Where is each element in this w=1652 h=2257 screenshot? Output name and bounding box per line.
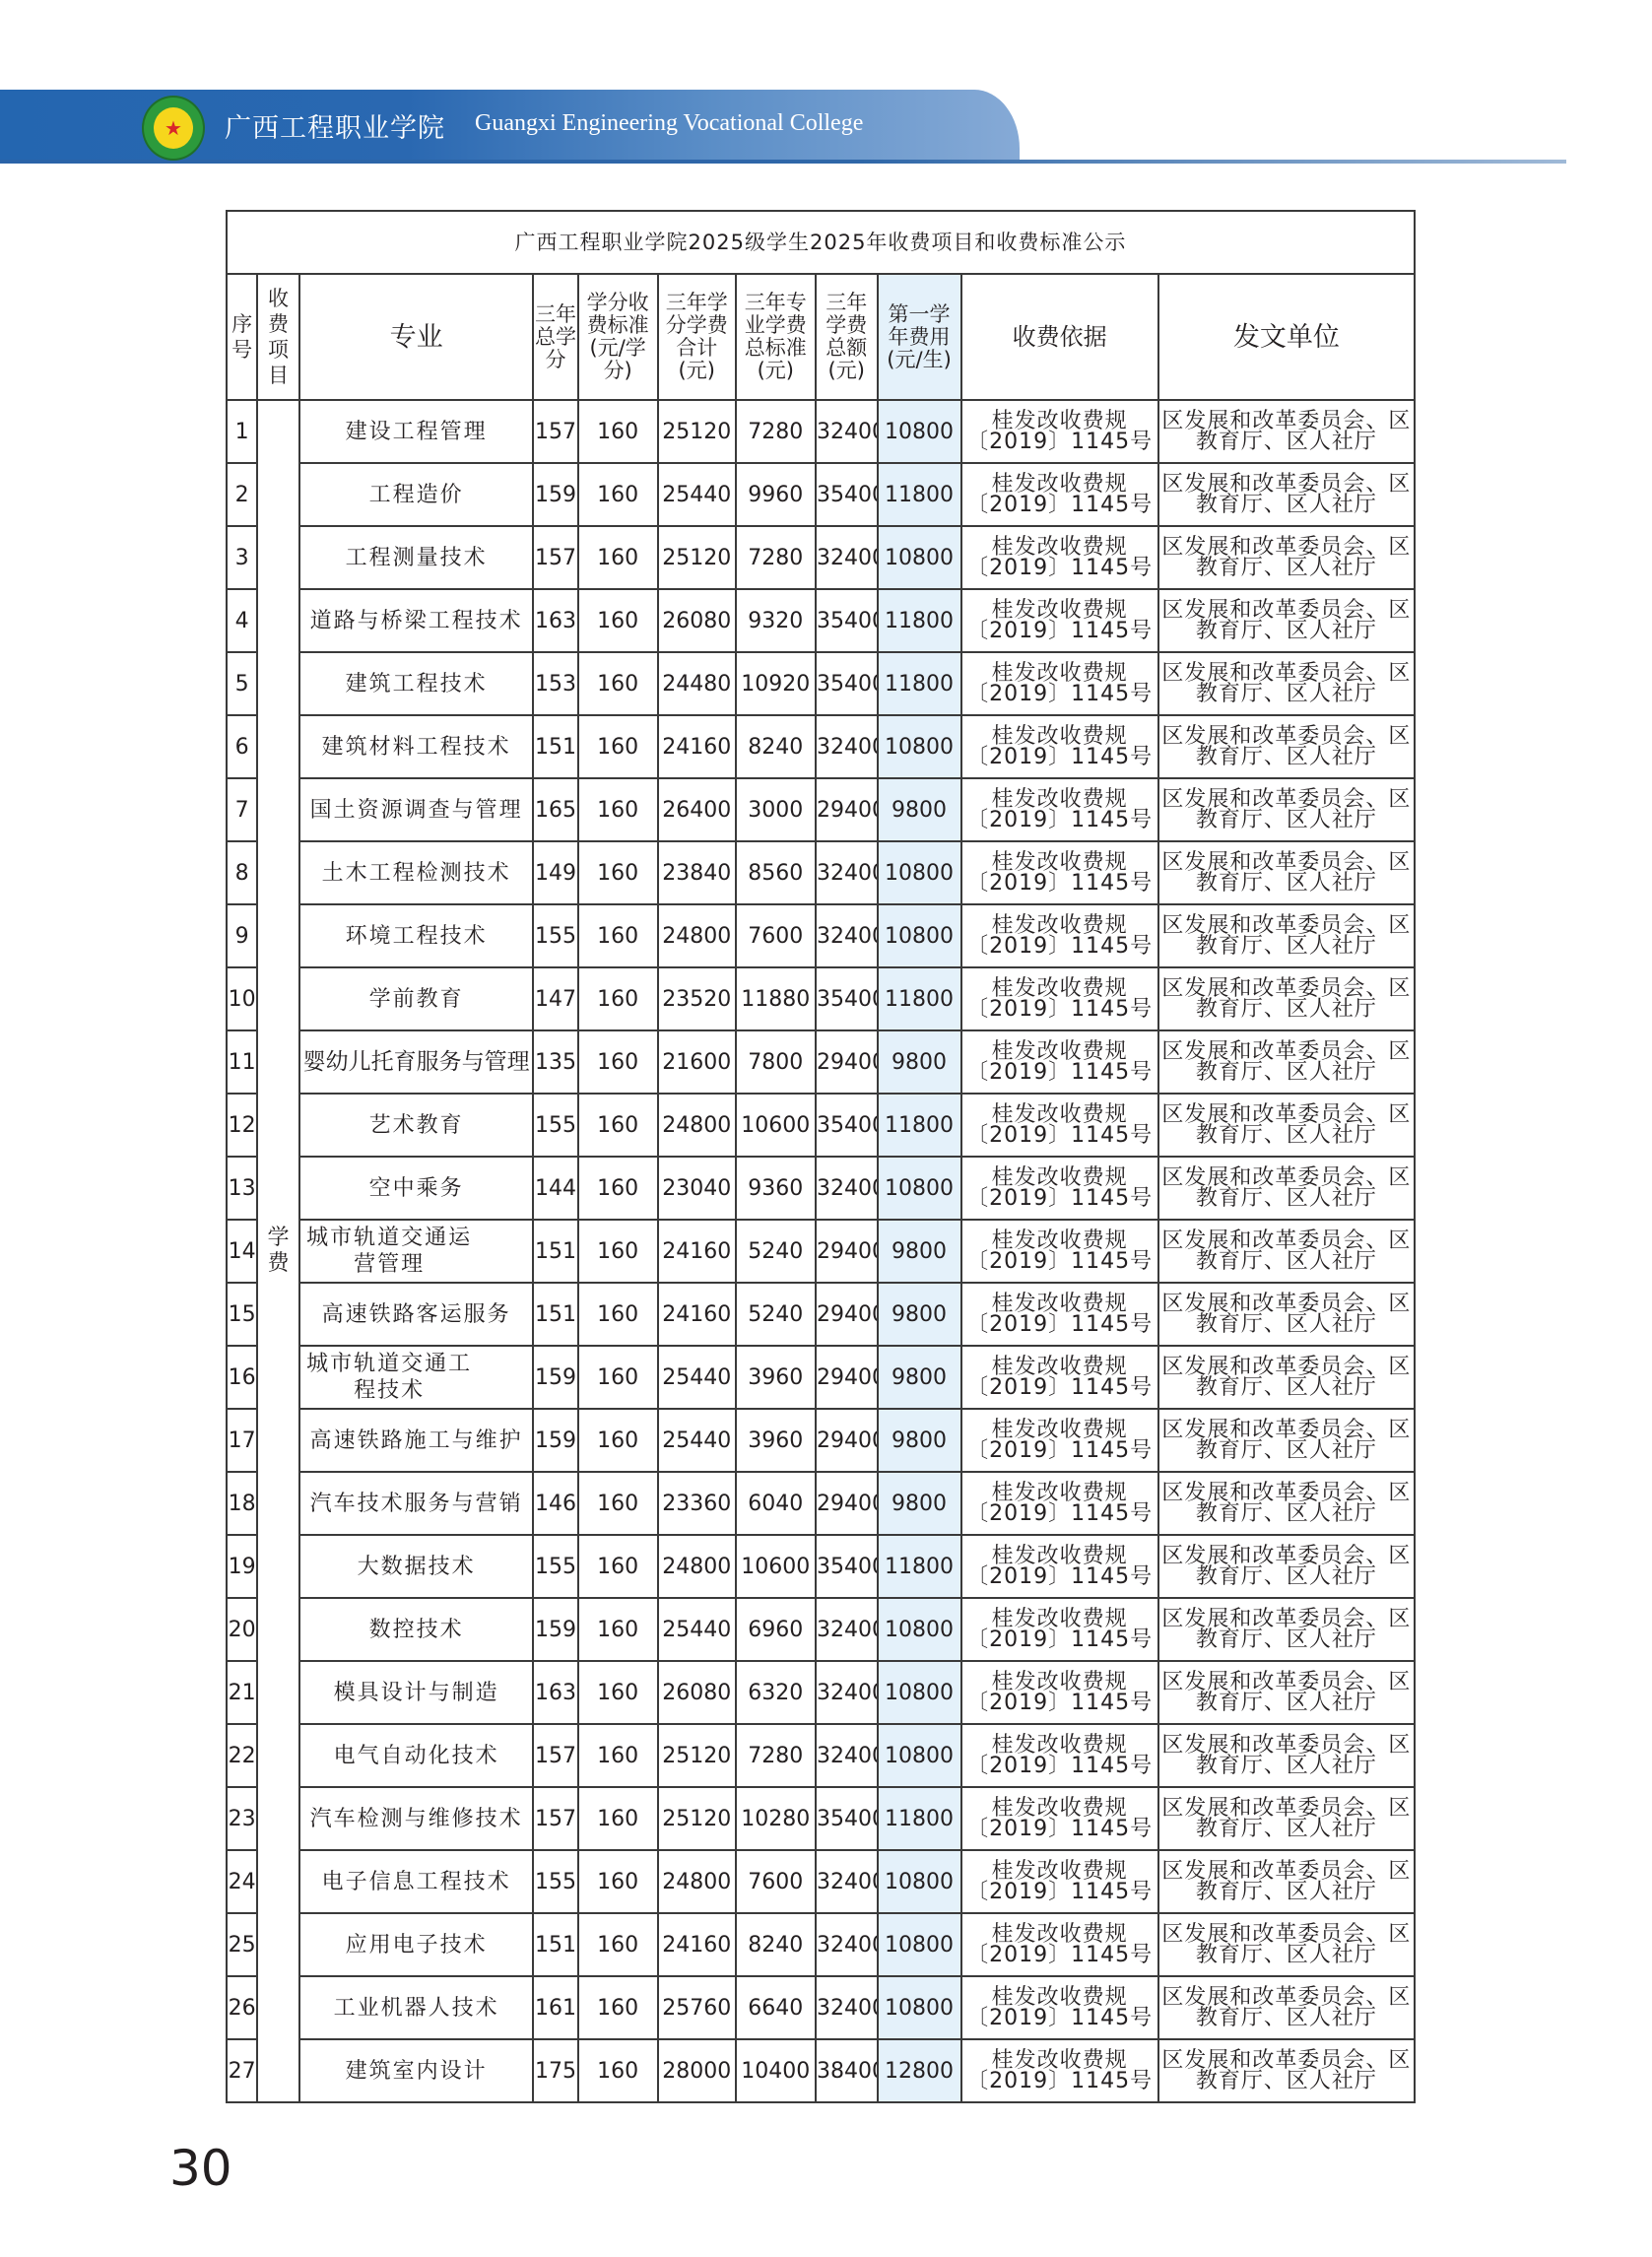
table-title: 广西工程职业学院2025级学生2025年收费项目和收费标准公示	[227, 211, 1415, 274]
school-name-cn: 广西工程职业学院	[225, 106, 445, 145]
cell-major-fee: 5240	[736, 1220, 816, 1283]
table-row: 15高速铁路客运服务151160241605240294009800桂发改收费规…	[227, 1283, 1415, 1346]
cell-major-fee: 7280	[736, 1724, 816, 1787]
cell-seq: 18	[227, 1472, 257, 1535]
table-body: 1学费建设工程管理1571602512072803240010800桂发改收费规…	[227, 400, 1415, 2102]
cell-seq: 1	[227, 400, 257, 463]
cell-credit-total: 25440	[658, 463, 736, 526]
cell-major: 电子信息工程技术	[299, 1850, 534, 1913]
cell-major-fee: 3960	[736, 1346, 816, 1409]
cell-credit-total: 24800	[658, 1094, 736, 1157]
cell-credits: 147	[533, 967, 577, 1030]
cell-credits: 153	[533, 652, 577, 715]
college-emblem-icon: ★	[142, 96, 205, 161]
cell-credits: 149	[533, 841, 577, 904]
header-total: 三年学费总额(元)	[816, 274, 878, 400]
cell-credits: 163	[533, 1661, 577, 1724]
cell-total: 35400	[816, 652, 878, 715]
cell-major: 大数据技术	[299, 1535, 534, 1598]
cell-total: 35400	[816, 589, 878, 652]
cell-seq: 21	[227, 1661, 257, 1724]
cell-major: 工程测量技术	[299, 526, 534, 589]
cell-seq: 16	[227, 1346, 257, 1409]
cell-total: 32400	[816, 1913, 878, 1976]
table-row: 16城市轨道交通工程技术159160254403960294009800桂发改收…	[227, 1346, 1415, 1409]
cell-seq: 8	[227, 841, 257, 904]
table-row: 4道路与桥梁工程技术1631602608093203540011800桂发改收费…	[227, 589, 1415, 652]
cell-major: 城市轨道交通工程技术	[299, 1346, 534, 1409]
cell-issuer: 区发展和改革委员会、区教育厅、区人社厅	[1158, 1094, 1415, 1157]
cell-credit-total: 25120	[658, 1787, 736, 1850]
cell-credit-fee: 160	[578, 1409, 658, 1472]
cell-credit-fee: 160	[578, 967, 658, 1030]
cell-major-fee: 10400	[736, 2039, 816, 2102]
cell-basis: 桂发改收费规〔2019〕1145号	[961, 841, 1158, 904]
cell-seq: 5	[227, 652, 257, 715]
cell-seq: 23	[227, 1787, 257, 1850]
cell-issuer: 区发展和改革委员会、区教育厅、区人社厅	[1158, 652, 1415, 715]
cell-total: 35400	[816, 1787, 878, 1850]
cell-major: 建筑材料工程技术	[299, 715, 534, 778]
cell-major-fee: 10280	[736, 1787, 816, 1850]
header-basis: 收费依据	[961, 274, 1158, 400]
cell-first-year: 10800	[878, 1976, 961, 2039]
cell-credit-total: 24160	[658, 1913, 736, 1976]
cell-issuer: 区发展和改革委员会、区教育厅、区人社厅	[1158, 967, 1415, 1030]
cell-major-fee: 9960	[736, 463, 816, 526]
cell-credit-fee: 160	[578, 1535, 658, 1598]
cell-major: 应用电子技术	[299, 1913, 534, 1976]
cell-credits: 155	[533, 1535, 577, 1598]
cell-seq: 14	[227, 1220, 257, 1283]
cell-major: 汽车检测与维修技术	[299, 1787, 534, 1850]
table-row: 13空中乘务1441602304093603240010800桂发改收费规〔20…	[227, 1157, 1415, 1220]
cell-seq: 11	[227, 1030, 257, 1094]
cell-first-year: 12800	[878, 2039, 961, 2102]
table-row: 9环境工程技术1551602480076003240010800桂发改收费规〔2…	[227, 904, 1415, 967]
cell-credit-total: 24480	[658, 652, 736, 715]
cell-credit-total: 24800	[658, 904, 736, 967]
cell-major: 工业机器人技术	[299, 1976, 534, 2039]
cell-basis: 桂发改收费规〔2019〕1145号	[961, 1346, 1158, 1409]
cell-seq: 12	[227, 1094, 257, 1157]
cell-total: 32400	[816, 526, 878, 589]
cell-major: 模具设计与制造	[299, 1661, 534, 1724]
cell-major-fee: 6040	[736, 1472, 816, 1535]
cell-major: 道路与桥梁工程技术	[299, 589, 534, 652]
header-credit-fee: 学分收费标准(元/学分)	[578, 274, 658, 400]
header-item: 收费项目	[257, 274, 299, 400]
cell-credit-fee: 160	[578, 2039, 658, 2102]
table-row: 10学前教育14716023520118803540011800桂发改收费规〔2…	[227, 967, 1415, 1030]
cell-total: 35400	[816, 463, 878, 526]
cell-basis: 桂发改收费规〔2019〕1145号	[961, 1283, 1158, 1346]
cell-issuer: 区发展和改革委员会、区教育厅、区人社厅	[1158, 1283, 1415, 1346]
cell-credits: 151	[533, 1220, 577, 1283]
cell-total: 32400	[816, 1976, 878, 2039]
cell-issuer: 区发展和改革委员会、区教育厅、区人社厅	[1158, 1913, 1415, 1976]
school-name-en: Guangxi Engineering Vocational College	[475, 110, 863, 137]
table-row: 7国土资源调查与管理165160264003000294009800桂发改收费规…	[227, 778, 1415, 841]
cell-major: 建筑室内设计	[299, 2039, 534, 2102]
cell-seq: 17	[227, 1409, 257, 1472]
header-major: 专业	[299, 274, 534, 400]
cell-issuer: 区发展和改革委员会、区教育厅、区人社厅	[1158, 1724, 1415, 1787]
cell-credit-fee: 160	[578, 1346, 658, 1409]
cell-credit-fee: 160	[578, 1220, 658, 1283]
cell-total: 29400	[816, 1472, 878, 1535]
cell-credit-total: 26400	[658, 778, 736, 841]
table-row: 17高速铁路施工与维护159160254403960294009800桂发改收费…	[227, 1409, 1415, 1472]
cell-major-fee: 7600	[736, 1850, 816, 1913]
table-row: 18汽车技术服务与营销146160233606040294009800桂发改收费…	[227, 1472, 1415, 1535]
cell-credits: 157	[533, 1787, 577, 1850]
cell-category: 学费	[257, 400, 299, 2102]
page-number: 30	[169, 2140, 232, 2197]
cell-major-fee: 10600	[736, 1535, 816, 1598]
cell-seq: 20	[227, 1598, 257, 1661]
cell-credits: 155	[533, 904, 577, 967]
cell-seq: 13	[227, 1157, 257, 1220]
cell-major: 国土资源调查与管理	[299, 778, 534, 841]
table-row: 11婴幼儿托育服务与管理135160216007800294009800桂发改收…	[227, 1030, 1415, 1094]
header-credit-total: 三年学分学费合计(元)	[658, 274, 736, 400]
cell-first-year: 10800	[878, 1850, 961, 1913]
cell-first-year: 11800	[878, 1535, 961, 1598]
cell-basis: 桂发改收费规〔2019〕1145号	[961, 589, 1158, 652]
cell-basis: 桂发改收费规〔2019〕1145号	[961, 1472, 1158, 1535]
cell-credits: 144	[533, 1157, 577, 1220]
cell-major: 城市轨道交通运营管理	[299, 1220, 534, 1283]
cell-credit-total: 21600	[658, 1030, 736, 1094]
table-row: 3工程测量技术1571602512072803240010800桂发改收费规〔2…	[227, 526, 1415, 589]
cell-first-year: 11800	[878, 652, 961, 715]
cell-credit-fee: 160	[578, 1283, 658, 1346]
header-first-year: 第一学年费用(元/生)	[878, 274, 961, 400]
table-row: 27建筑室内设计17516028000104003840012800桂发改收费规…	[227, 2039, 1415, 2102]
cell-first-year: 9800	[878, 1409, 961, 1472]
cell-basis: 桂发改收费规〔2019〕1145号	[961, 1220, 1158, 1283]
table-row: 26工业机器人技术1611602576066403240010800桂发改收费规…	[227, 1976, 1415, 2039]
table-row: 2工程造价1591602544099603540011800桂发改收费规〔201…	[227, 463, 1415, 526]
cell-basis: 桂发改收费规〔2019〕1145号	[961, 400, 1158, 463]
table-row: 24电子信息工程技术1551602480076003240010800桂发改收费…	[227, 1850, 1415, 1913]
cell-issuer: 区发展和改革委员会、区教育厅、区人社厅	[1158, 463, 1415, 526]
cell-major-fee: 8240	[736, 1913, 816, 1976]
cell-major: 环境工程技术	[299, 904, 534, 967]
cell-seq: 6	[227, 715, 257, 778]
cell-issuer: 区发展和改革委员会、区教育厅、区人社厅	[1158, 400, 1415, 463]
table-row: 21模具设计与制造1631602608063203240010800桂发改收费规…	[227, 1661, 1415, 1724]
header-major-fee: 三年专业学费总标准(元)	[736, 274, 816, 400]
cell-basis: 桂发改收费规〔2019〕1145号	[961, 1724, 1158, 1787]
cell-credits: 151	[533, 1283, 577, 1346]
cell-major: 高速铁路客运服务	[299, 1283, 534, 1346]
cell-first-year: 10800	[878, 841, 961, 904]
cell-seq: 9	[227, 904, 257, 967]
cell-issuer: 区发展和改革委员会、区教育厅、区人社厅	[1158, 1598, 1415, 1661]
cell-credit-fee: 160	[578, 463, 658, 526]
cell-total: 29400	[816, 1220, 878, 1283]
cell-total: 29400	[816, 778, 878, 841]
cell-total: 32400	[816, 400, 878, 463]
cell-total: 29400	[816, 1346, 878, 1409]
cell-seq: 25	[227, 1913, 257, 1976]
cell-credits: 165	[533, 778, 577, 841]
cell-credits: 151	[533, 715, 577, 778]
cell-major-fee: 9360	[736, 1157, 816, 1220]
cell-first-year: 11800	[878, 463, 961, 526]
table-header-row: 序号 收费项目 专业 三年总学分 学分收费标准(元/学分) 三年学分学费合计(元…	[227, 274, 1415, 400]
cell-credit-total: 25120	[658, 526, 736, 589]
cell-credit-total: 25760	[658, 1976, 736, 2039]
cell-basis: 桂发改收费规〔2019〕1145号	[961, 1661, 1158, 1724]
cell-major: 建设工程管理	[299, 400, 534, 463]
cell-major: 汽车技术服务与营销	[299, 1472, 534, 1535]
header-issuer: 发文单位	[1158, 274, 1415, 400]
table-row: 14城市轨道交通运营管理151160241605240294009800桂发改收…	[227, 1220, 1415, 1283]
cell-first-year: 9800	[878, 1030, 961, 1094]
cell-credits: 157	[533, 400, 577, 463]
cell-issuer: 区发展和改革委员会、区教育厅、区人社厅	[1158, 1976, 1415, 2039]
cell-basis: 桂发改收费规〔2019〕1145号	[961, 715, 1158, 778]
table-row: 22电气自动化技术1571602512072803240010800桂发改收费规…	[227, 1724, 1415, 1787]
cell-basis: 桂发改收费规〔2019〕1145号	[961, 1157, 1158, 1220]
cell-seq: 7	[227, 778, 257, 841]
cell-issuer: 区发展和改革委员会、区教育厅、区人社厅	[1158, 1220, 1415, 1283]
cell-first-year: 10800	[878, 1157, 961, 1220]
cell-credits: 157	[533, 526, 577, 589]
cell-issuer: 区发展和改革委员会、区教育厅、区人社厅	[1158, 1787, 1415, 1850]
cell-credits: 146	[533, 1472, 577, 1535]
cell-major-fee: 7280	[736, 400, 816, 463]
table-row: 19大数据技术15516024800106003540011800桂发改收费规〔…	[227, 1535, 1415, 1598]
cell-credit-total: 26080	[658, 1661, 736, 1724]
cell-credit-fee: 160	[578, 1472, 658, 1535]
cell-credit-fee: 160	[578, 1913, 658, 1976]
cell-credit-total: 25440	[658, 1409, 736, 1472]
cell-credit-total: 23360	[658, 1472, 736, 1535]
cell-seq: 15	[227, 1283, 257, 1346]
cell-credit-total: 23520	[658, 967, 736, 1030]
cell-major-fee: 10600	[736, 1094, 816, 1157]
cell-basis: 桂发改收费规〔2019〕1145号	[961, 1976, 1158, 2039]
cell-credit-fee: 160	[578, 652, 658, 715]
cell-basis: 桂发改收费规〔2019〕1145号	[961, 967, 1158, 1030]
cell-seq: 3	[227, 526, 257, 589]
cell-first-year: 9800	[878, 1472, 961, 1535]
cell-credit-total: 25120	[658, 1724, 736, 1787]
cell-major-fee: 5240	[736, 1283, 816, 1346]
cell-major: 高速铁路施工与维护	[299, 1409, 534, 1472]
cell-first-year: 9800	[878, 778, 961, 841]
cell-issuer: 区发展和改革委员会、区教育厅、区人社厅	[1158, 1850, 1415, 1913]
cell-basis: 桂发改收费规〔2019〕1145号	[961, 778, 1158, 841]
cell-seq: 4	[227, 589, 257, 652]
cell-credit-fee: 160	[578, 1724, 658, 1787]
cell-seq: 22	[227, 1724, 257, 1787]
cell-major: 数控技术	[299, 1598, 534, 1661]
cell-major-fee: 8240	[736, 715, 816, 778]
cell-major: 工程造价	[299, 463, 534, 526]
header-divider	[0, 160, 1566, 164]
cell-first-year: 10800	[878, 715, 961, 778]
cell-issuer: 区发展和改革委员会、区教育厅、区人社厅	[1158, 1535, 1415, 1598]
cell-credit-total: 23840	[658, 841, 736, 904]
cell-major-fee: 7800	[736, 1030, 816, 1094]
cell-seq: 10	[227, 967, 257, 1030]
cell-total: 32400	[816, 1850, 878, 1913]
cell-credit-fee: 160	[578, 1661, 658, 1724]
cell-credit-total: 23040	[658, 1157, 736, 1220]
cell-credit-fee: 160	[578, 1030, 658, 1094]
cell-basis: 桂发改收费规〔2019〕1145号	[961, 1850, 1158, 1913]
table-row: 6建筑材料工程技术1511602416082403240010800桂发改收费规…	[227, 715, 1415, 778]
cell-credit-total: 24160	[658, 715, 736, 778]
cell-first-year: 9800	[878, 1346, 961, 1409]
header-seq: 序号	[227, 274, 257, 400]
cell-seq: 26	[227, 1976, 257, 2039]
table-row: 20数控技术1591602544069603240010800桂发改收费规〔20…	[227, 1598, 1415, 1661]
cell-credit-fee: 160	[578, 1787, 658, 1850]
cell-credits: 159	[533, 463, 577, 526]
cell-basis: 桂发改收费规〔2019〕1145号	[961, 463, 1158, 526]
cell-first-year: 11800	[878, 589, 961, 652]
cell-credits: 163	[533, 589, 577, 652]
cell-credit-fee: 160	[578, 1094, 658, 1157]
cell-major: 电气自动化技术	[299, 1724, 534, 1787]
header-credits: 三年总学分	[533, 274, 577, 400]
fee-table: 广西工程职业学院2025级学生2025年收费项目和收费标准公示 序号 收费项目 …	[226, 210, 1416, 2103]
cell-major-fee: 6640	[736, 1976, 816, 2039]
cell-issuer: 区发展和改革委员会、区教育厅、区人社厅	[1158, 1472, 1415, 1535]
cell-first-year: 10800	[878, 1913, 961, 1976]
cell-basis: 桂发改收费规〔2019〕1145号	[961, 904, 1158, 967]
cell-basis: 桂发改收费规〔2019〕1145号	[961, 526, 1158, 589]
cell-major: 土木工程检测技术	[299, 841, 534, 904]
cell-major: 空中乘务	[299, 1157, 534, 1220]
cell-credits: 155	[533, 1850, 577, 1913]
table-row: 23汽车检测与维修技术15716025120102803540011800桂发改…	[227, 1787, 1415, 1850]
cell-first-year: 9800	[878, 1283, 961, 1346]
cell-credits: 159	[533, 1346, 577, 1409]
cell-credit-fee: 160	[578, 1157, 658, 1220]
cell-major: 艺术教育	[299, 1094, 534, 1157]
cell-credit-total: 24800	[658, 1850, 736, 1913]
cell-seq: 27	[227, 2039, 257, 2102]
emblem-star-icon: ★	[154, 107, 193, 149]
cell-total: 32400	[816, 1598, 878, 1661]
cell-credits: 159	[533, 1409, 577, 1472]
cell-credits: 155	[533, 1094, 577, 1157]
table-row: 12艺术教育15516024800106003540011800桂发改收费规〔2…	[227, 1094, 1415, 1157]
cell-credit-total: 24800	[658, 1535, 736, 1598]
cell-total: 32400	[816, 715, 878, 778]
cell-first-year: 10800	[878, 904, 961, 967]
cell-total: 29400	[816, 1409, 878, 1472]
cell-major-fee: 7600	[736, 904, 816, 967]
cell-major: 学前教育	[299, 967, 534, 1030]
cell-issuer: 区发展和改革委员会、区教育厅、区人社厅	[1158, 1346, 1415, 1409]
cell-credits: 157	[533, 1724, 577, 1787]
cell-basis: 桂发改收费规〔2019〕1145号	[961, 1787, 1158, 1850]
cell-major-fee: 7280	[736, 526, 816, 589]
cell-total: 35400	[816, 1094, 878, 1157]
cell-issuer: 区发展和改革委员会、区教育厅、区人社厅	[1158, 778, 1415, 841]
cell-major-fee: 3000	[736, 778, 816, 841]
cell-issuer: 区发展和改革委员会、区教育厅、区人社厅	[1158, 1157, 1415, 1220]
cell-basis: 桂发改收费规〔2019〕1145号	[961, 1094, 1158, 1157]
cell-major: 婴幼儿托育服务与管理	[299, 1030, 534, 1094]
cell-first-year: 10800	[878, 1724, 961, 1787]
cell-seq: 2	[227, 463, 257, 526]
cell-credit-total: 28000	[658, 2039, 736, 2102]
cell-basis: 桂发改收费规〔2019〕1145号	[961, 2039, 1158, 2102]
cell-issuer: 区发展和改革委员会、区教育厅、区人社厅	[1158, 1030, 1415, 1094]
cell-first-year: 11800	[878, 1094, 961, 1157]
cell-first-year: 11800	[878, 967, 961, 1030]
cell-credit-total: 24160	[658, 1283, 736, 1346]
cell-issuer: 区发展和改革委员会、区教育厅、区人社厅	[1158, 1409, 1415, 1472]
cell-total: 35400	[816, 967, 878, 1030]
cell-issuer: 区发展和改革委员会、区教育厅、区人社厅	[1158, 2039, 1415, 2102]
cell-major: 建筑工程技术	[299, 652, 534, 715]
cell-credit-total: 25120	[658, 400, 736, 463]
cell-issuer: 区发展和改革委员会、区教育厅、区人社厅	[1158, 1661, 1415, 1724]
cell-credits: 161	[533, 1976, 577, 2039]
cell-issuer: 区发展和改革委员会、区教育厅、区人社厅	[1158, 841, 1415, 904]
cell-credit-fee: 160	[578, 526, 658, 589]
cell-issuer: 区发展和改革委员会、区教育厅、区人社厅	[1158, 715, 1415, 778]
cell-basis: 桂发改收费规〔2019〕1145号	[961, 652, 1158, 715]
cell-credit-total: 26080	[658, 589, 736, 652]
cell-basis: 桂发改收费规〔2019〕1145号	[961, 1913, 1158, 1976]
cell-basis: 桂发改收费规〔2019〕1145号	[961, 1535, 1158, 1598]
cell-major-fee: 9320	[736, 589, 816, 652]
cell-basis: 桂发改收费规〔2019〕1145号	[961, 1598, 1158, 1661]
cell-major-fee: 10920	[736, 652, 816, 715]
cell-credits: 151	[533, 1913, 577, 1976]
cell-credit-fee: 160	[578, 1850, 658, 1913]
cell-total: 32400	[816, 904, 878, 967]
cell-total: 29400	[816, 1283, 878, 1346]
cell-credit-fee: 160	[578, 904, 658, 967]
cell-issuer: 区发展和改革委员会、区教育厅、区人社厅	[1158, 526, 1415, 589]
cell-first-year: 10800	[878, 526, 961, 589]
cell-credit-fee: 160	[578, 1976, 658, 2039]
table-row: 5建筑工程技术15316024480109203540011800桂发改收费规〔…	[227, 652, 1415, 715]
cell-credit-fee: 160	[578, 715, 658, 778]
cell-total: 38400	[816, 2039, 878, 2102]
cell-total: 29400	[816, 1030, 878, 1094]
cell-basis: 桂发改收费规〔2019〕1145号	[961, 1030, 1158, 1094]
cell-total: 32400	[816, 841, 878, 904]
cell-credit-fee: 160	[578, 841, 658, 904]
cell-credit-fee: 160	[578, 589, 658, 652]
table-row: 8土木工程检测技术1491602384085603240010800桂发改收费规…	[227, 841, 1415, 904]
cell-first-year: 10800	[878, 1598, 961, 1661]
cell-total: 32400	[816, 1724, 878, 1787]
cell-credit-total: 25440	[658, 1346, 736, 1409]
cell-first-year: 11800	[878, 1787, 961, 1850]
cell-major-fee: 6320	[736, 1661, 816, 1724]
cell-credit-fee: 160	[578, 400, 658, 463]
cell-total: 32400	[816, 1661, 878, 1724]
cell-major-fee: 6960	[736, 1598, 816, 1661]
cell-major-fee: 8560	[736, 841, 816, 904]
cell-credit-fee: 160	[578, 778, 658, 841]
cell-credit-total: 24160	[658, 1220, 736, 1283]
